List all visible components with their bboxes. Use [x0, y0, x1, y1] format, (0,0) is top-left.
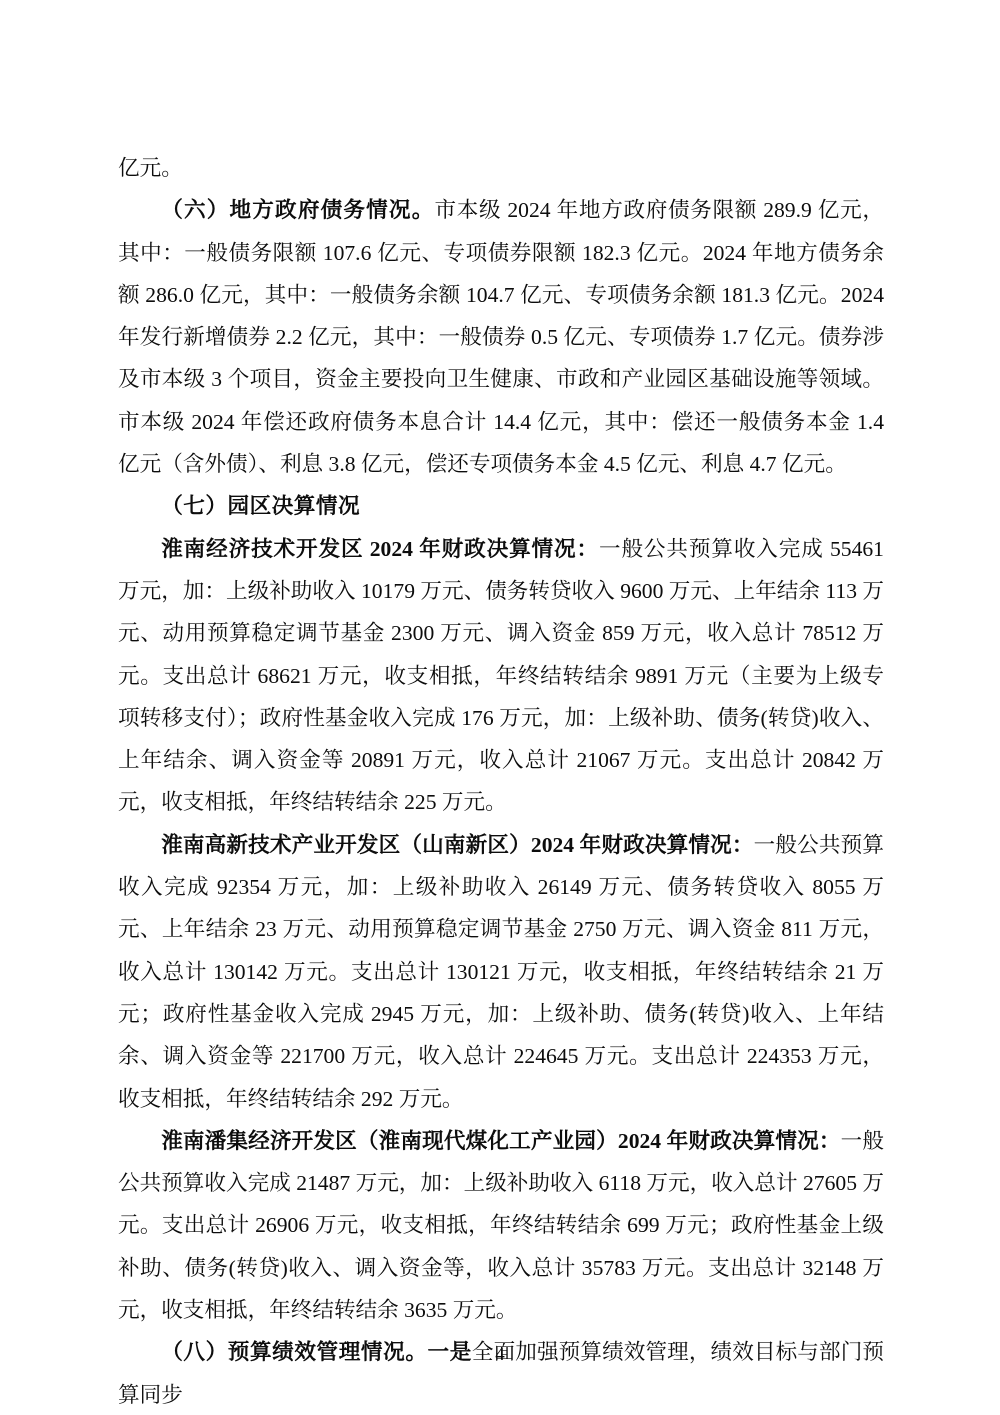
document-body: 亿元。 （六）地方政府债务情况。市本级 2024 年地方政府债务限额 289.9…: [118, 147, 884, 1415]
paragraph-text: 亿元。: [118, 156, 183, 180]
section-heading-label: （七）园区决算情况: [161, 494, 360, 518]
entry-paragraph-hightech-zone: 淮南高新技术产业开发区（山南新区）2024 年财政决算情况：一般公共预算收入完成…: [118, 824, 884, 1120]
section-heading-parks: （七）园区决算情况: [118, 485, 884, 527]
paragraph-text: 一般公共预算收入完成 55461 万元，加：上级补助收入 10179 万元、债务…: [118, 537, 884, 815]
entry-heading-label: 淮南高新技术产业开发区（山南新区）2024 年财政决算情况：: [161, 833, 753, 857]
page-number: 4: [0, 1344, 1000, 1366]
entry-paragraph-panji-zone: 淮南潘集经济开发区（淮南现代煤化工产业园）2024 年财政决算情况：一般公共预算…: [118, 1120, 884, 1331]
paragraph-text: 市本级 2024 年地方政府债务限额 289.9 亿元，其中：一般债务限额 10…: [118, 198, 884, 476]
paragraph-text: 一般公共预算收入完成 92354 万元，加：上级补助收入 26149 万元、债务…: [118, 833, 884, 1111]
entry-heading-label: 淮南潘集经济开发区（淮南现代煤化工产业园）2024 年财政决算情况：: [161, 1129, 840, 1153]
document-page: 亿元。 （六）地方政府债务情况。市本级 2024 年地方政府债务限额 289.9…: [0, 0, 1000, 1415]
section-heading-label: （六）地方政府债务情况。: [161, 198, 434, 222]
entry-heading-label: 淮南经济技术开发区 2024 年财政决算情况：: [161, 537, 599, 561]
section-paragraph-debt: （六）地方政府债务情况。市本级 2024 年地方政府债务限额 289.9 亿元，…: [118, 189, 884, 485]
entry-paragraph-economic-dev-zone: 淮南经济技术开发区 2024 年财政决算情况：一般公共预算收入完成 55461 …: [118, 528, 884, 824]
paragraph-text: 一般公共预算收入完成 21487 万元，加：上级补助收入 6118 万元，收入总…: [118, 1129, 884, 1322]
paragraph-continuation: 亿元。: [118, 147, 884, 189]
